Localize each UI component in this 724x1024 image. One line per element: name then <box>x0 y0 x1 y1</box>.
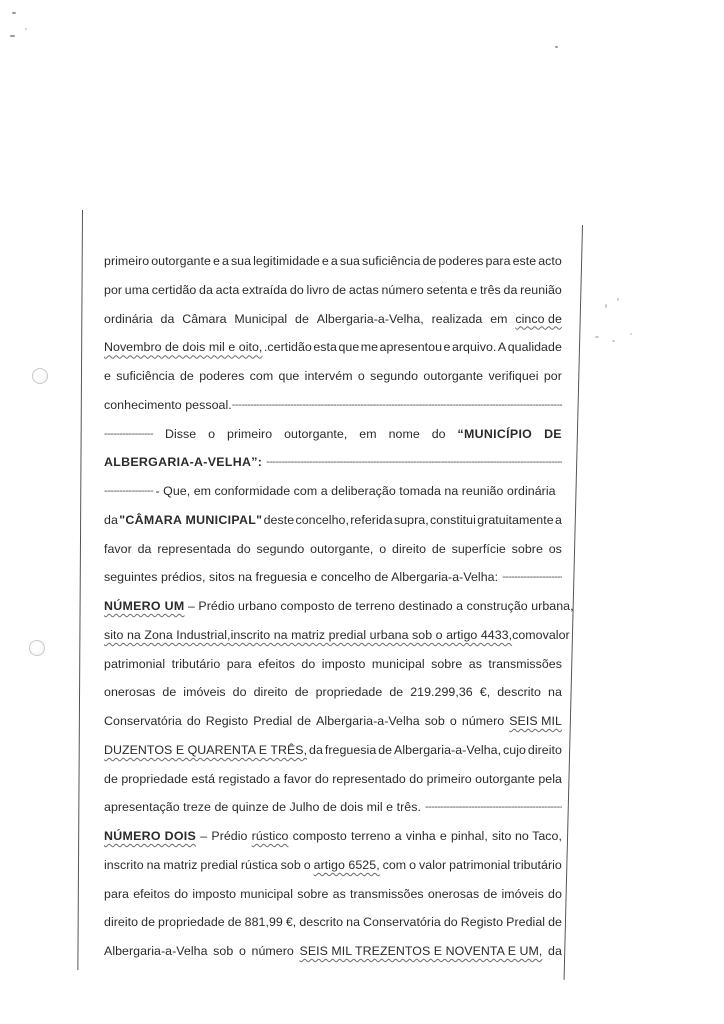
punch-hole <box>32 368 48 384</box>
text-fragment: sito na Zona Industrial, <box>104 621 231 650</box>
text-fragment: que <box>338 333 359 362</box>
text-fragment: livro <box>307 276 330 305</box>
text-fragment: segundo <box>256 535 304 564</box>
text-fragment: de <box>141 908 155 937</box>
text-fragment: ordinária <box>104 305 153 334</box>
text-fragment: onerosas <box>104 678 155 707</box>
text-fragment: Prédio <box>211 822 247 851</box>
text-fragment: do <box>237 535 251 564</box>
text-fragment: do <box>432 420 446 449</box>
text-fragment: valor <box>419 851 446 880</box>
text-fragment: sob <box>425 707 445 736</box>
text-fragment: do <box>233 678 247 707</box>
text-line: ----------------Disseoprimeirooutorgante… <box>104 420 562 449</box>
text-fragment: municipal <box>372 650 425 679</box>
text-fragment: uma <box>125 276 149 305</box>
text-line: esuficiênciadepoderescomqueintervémosegu… <box>104 362 562 391</box>
left-margin-line <box>77 210 83 970</box>
text-fragment: as <box>333 880 346 909</box>
text-fragment: legitimidade <box>253 247 320 276</box>
text-fragment: sua <box>340 247 360 276</box>
text-fragment: Predial <box>253 707 292 736</box>
text-fragment: A <box>498 333 506 362</box>
text-fragment: outorgante <box>423 362 483 391</box>
text-fragment: direito <box>392 535 426 564</box>
text-fragment: Disse <box>165 420 196 449</box>
text-fragment: intervém <box>305 362 353 391</box>
text-fragment: sua <box>231 247 251 276</box>
text-fragment: de <box>389 678 403 707</box>
text-fragment: o <box>450 707 457 736</box>
text-fragment: número <box>462 707 504 736</box>
text-fragment: outorgante, <box>310 535 373 564</box>
text-fragment: do <box>315 765 329 794</box>
text-fragment: direito <box>528 736 562 765</box>
text-fragment: três <box>480 276 501 305</box>
text-fragment: direito <box>104 908 138 937</box>
filler-dashes <box>502 563 562 592</box>
text-fragment: com <box>250 362 274 391</box>
text-line: porumacertidãodaactaextraídadolivrodeact… <box>104 276 562 305</box>
text-fragment: verifiquei <box>488 362 538 391</box>
text-fragment: este <box>513 247 537 276</box>
text-fragment: inscrito na matriz predial urbana sob o … <box>231 621 513 650</box>
text-fragment: rústico <box>252 822 289 851</box>
text-fragment: direito <box>254 678 288 707</box>
text-fragment: sobre <box>431 650 462 679</box>
text-fragment: propriedade <box>316 678 383 707</box>
text-fragment: por <box>544 362 562 391</box>
item-label-numero-dois: NÚMERO DOIS <box>104 822 196 851</box>
text-fragment: da <box>161 305 175 334</box>
filler-dashes <box>425 793 562 822</box>
text-fragment: efeitos <box>133 880 170 909</box>
text-fragment: Albergaria-a-Velha <box>316 707 420 736</box>
text-fragment: Albergaria-a-Velha <box>104 937 208 966</box>
text-fragment: Registo <box>206 707 248 736</box>
text-fragment: apresentação treze de quinze de Julho de… <box>104 793 421 822</box>
text-fragment: a <box>555 506 562 535</box>
text-fragment: €, <box>286 908 296 937</box>
text-fragment: - Que, em conformidade com a deliberação… <box>155 477 555 506</box>
text-fragment: imposto <box>192 880 236 909</box>
text-fragment: pela <box>538 765 562 794</box>
text-fragment: as <box>469 650 482 679</box>
text-fragment: 881,99 <box>245 908 283 937</box>
text-fragment: de <box>295 678 309 707</box>
text-fragment: supra, <box>394 506 429 535</box>
text-fragment: e <box>444 333 451 362</box>
text-fragment: 219.299,36 <box>410 678 473 707</box>
text-fragment: poderes <box>199 362 244 391</box>
text-fragment: artigo 6525, <box>314 851 380 880</box>
scan-speck <box>25 28 27 30</box>
text-fragment: primeiro <box>427 765 472 794</box>
scanned-page: primeirooutorganteeasualegitimidadeeasua… <box>0 0 724 1024</box>
text-fragment: a <box>222 247 229 276</box>
scan-speck <box>10 35 15 37</box>
text-fragment: outorgante <box>475 765 535 794</box>
text-fragment: de <box>332 276 346 305</box>
text-line: sito na Zona Industrial,inscrito na matr… <box>104 621 562 650</box>
text-fragment: da <box>309 736 323 765</box>
underlined-date: Novembro de dois mil e oito, <box>104 333 262 362</box>
text-fragment: outorgante <box>151 247 211 276</box>
text-fragment: e <box>440 822 447 851</box>
text-fragment: sob <box>213 937 233 966</box>
text-fragment: Albergaria-a-Velha, <box>394 736 501 765</box>
text-fragment: o <box>536 621 543 650</box>
text-fragment: Albergaria-a-Velha, <box>317 305 424 334</box>
text-fragment: inscrito <box>104 851 144 880</box>
text-fragment: a <box>395 822 402 851</box>
text-fragment: €, <box>480 678 490 707</box>
text-fragment: sobre <box>512 535 543 564</box>
text-fragment: acto <box>538 247 562 276</box>
text-line: NÚMERO DOIS–Prédiorústicocompostoterreno… <box>104 822 562 851</box>
text-line: seguintes prédios, sitos na freguesia e … <box>104 563 562 592</box>
punch-hole <box>29 640 45 656</box>
text-fragment: patrimonial <box>449 851 510 880</box>
filler-dashes: ---------------- <box>104 477 155 506</box>
text-line: paraefeitosdoimpostomunicipalsobreastran… <box>104 880 562 909</box>
text-fragment: SEIS MIL <box>509 707 562 736</box>
text-fragment: deste <box>264 506 295 535</box>
text-fragment: outorgante, <box>284 420 347 449</box>
text-fragment: qualidade <box>508 333 562 362</box>
text-fragment: por <box>104 276 122 305</box>
text-fragment: de <box>432 535 446 564</box>
text-fragment: descrito <box>497 678 541 707</box>
text-fragment: representado <box>332 765 406 794</box>
text-fragment: cujo <box>503 736 526 765</box>
text-fragment: sobre <box>297 880 328 909</box>
text-fragment: patrimonial <box>104 650 165 679</box>
text-fragment: Registo <box>461 908 503 937</box>
text-fragment: – <box>200 822 207 851</box>
text-fragment: registado <box>218 765 269 794</box>
text-fragment: com <box>383 851 407 880</box>
text-fragment: que <box>279 362 300 391</box>
text-fragment: da <box>199 276 213 305</box>
text-fragment: e <box>322 247 329 276</box>
text-fragment: Câmara <box>182 305 226 334</box>
text-fragment: de <box>228 908 242 937</box>
text-fragment: certidão <box>152 276 196 305</box>
text-line: patrimonialtributárioparaefeitosdoimpost… <box>104 650 562 679</box>
text-fragment: propriedade <box>158 908 225 937</box>
item-label-numero-um: NÚMERO UM <box>104 592 184 621</box>
text-fragment: imóveis <box>183 678 225 707</box>
text-fragment: suficiência <box>362 247 420 276</box>
text-fragment: para <box>486 247 511 276</box>
text-fragment: tributário <box>513 851 562 880</box>
text-fragment: Conservatória <box>104 707 182 736</box>
text-fragment: na <box>548 678 562 707</box>
text-fragment: ALBERGARIA-A-VELHA”: <box>104 448 262 477</box>
text-fragment: actas <box>349 276 379 305</box>
text-line: Albergaria-a-VelhasobonúmeroSEIS MIL TRE… <box>104 937 562 966</box>
text-fragment: primeiro <box>227 420 272 449</box>
text-fragment: com <box>512 621 536 650</box>
text-fragment: está <box>191 765 215 794</box>
text-fragment: do <box>290 276 304 305</box>
text-fragment: de <box>548 908 562 937</box>
text-fragment: pinhal, <box>451 822 488 851</box>
text-fragment: “MUNICÍPIO <box>458 420 533 449</box>
text-fragment: de <box>378 736 392 765</box>
scan-speck <box>617 298 619 301</box>
text-fragment: reunião <box>520 276 562 305</box>
text-fragment: de <box>295 305 309 334</box>
text-fragment: apresentou <box>380 333 443 362</box>
text-fragment: referida <box>350 506 392 535</box>
text-fragment: da <box>104 506 118 535</box>
text-fragment: municipal <box>240 880 293 909</box>
text-fragment: Conservatória <box>363 908 441 937</box>
text-fragment: seguintes prédios, sitos na freguesia e … <box>104 563 498 592</box>
text-fragment: constitui <box>430 506 476 535</box>
text-fragment: do <box>444 908 458 937</box>
scan-speck <box>605 304 607 308</box>
text-line: direitodepropriedadede881,99€,descritona… <box>104 908 562 937</box>
text-line: apresentação treze de quinze de Julho de… <box>104 793 562 822</box>
text-fragment: onerosas <box>428 880 479 909</box>
text-fragment: em <box>359 420 376 449</box>
text-fragment: gratuitamente <box>477 506 553 535</box>
text-fragment: esta <box>313 333 337 362</box>
text-fragment: do <box>187 707 201 736</box>
text-fragment: sito no Taco, <box>492 822 562 851</box>
text-line: ordináriadaCâmaraMunicipaldeAlbergaria-a… <box>104 305 562 334</box>
text-fragment: valor <box>543 621 570 650</box>
text-fragment: do <box>409 765 423 794</box>
text-fragment: composto <box>293 822 347 851</box>
text-fragment: a <box>331 247 338 276</box>
scan-speck <box>12 12 16 14</box>
scan-speck <box>630 333 632 335</box>
text-fragment: número <box>252 937 294 966</box>
text-fragment: na <box>346 908 360 937</box>
text-line: favordarepresentadadosegundooutorgante,o… <box>104 535 562 564</box>
text-fragment: e <box>213 247 220 276</box>
text-fragment: setenta <box>427 276 468 305</box>
text-fragment: do <box>548 880 562 909</box>
text-fragment: transmissões <box>350 880 424 909</box>
document-body: primeirooutorganteeasualegitimidadeeasua… <box>104 247 562 966</box>
text-fragment: SEIS MIL TREZENTOS E NOVENTA E UM, <box>300 937 543 966</box>
text-fragment: .certidão <box>264 333 312 362</box>
text-fragment: matriz <box>163 851 197 880</box>
scan-speck <box>555 46 558 48</box>
filler-dashes <box>266 448 562 477</box>
text-fragment: da <box>548 937 562 966</box>
text-fragment: e <box>104 362 111 391</box>
text-fragment: vinha <box>406 822 436 851</box>
text-fragment: de <box>422 247 436 276</box>
text-fragment: de <box>483 880 497 909</box>
text-fragment: "CÂMARA MUNICIPAL" <box>119 506 262 535</box>
text-fragment: o <box>409 851 416 880</box>
text-fragment: DE <box>544 420 562 449</box>
scan-speck <box>612 340 615 342</box>
text-fragment: em <box>490 305 507 334</box>
text-fragment: o <box>239 937 246 966</box>
text-fragment: o <box>304 851 311 880</box>
text-fragment: primeiro <box>104 247 149 276</box>
text-fragment: de <box>104 765 118 794</box>
text-line: DUZENTOS E QUARENTA E TRÊS,dafreguesiade… <box>104 736 562 765</box>
underlined-date: cinco de <box>515 305 562 334</box>
text-fragment: o <box>358 362 365 391</box>
text-fragment: efeitos <box>258 650 295 679</box>
text-fragment: do <box>301 650 315 679</box>
text-fragment: a <box>273 765 280 794</box>
text-fragment: nome <box>389 420 420 449</box>
text-fragment: arquivo. <box>452 333 496 362</box>
text-line: primeirooutorganteeasualegitimidadeeasua… <box>104 247 562 276</box>
text-fragment: sob <box>281 851 301 880</box>
text-fragment: favor <box>104 535 132 564</box>
text-line: ALBERGARIA-A-VELHA”: <box>104 448 562 477</box>
text-fragment: de <box>162 678 176 707</box>
text-fragment: favor <box>284 765 312 794</box>
text-fragment: para <box>104 880 129 909</box>
text-line: depropriedadeestáregistadoafavordorepres… <box>104 765 562 794</box>
text-fragment: segundo <box>370 362 418 391</box>
text-line: ConservatóriadoRegistoPredialdeAlbergari… <box>104 707 562 736</box>
text-fragment: Municipal <box>234 305 287 334</box>
text-fragment: freguesia <box>325 736 376 765</box>
text-line: onerosasdeimóveisdodireitodepropriedaded… <box>104 678 562 707</box>
text-fragment: representada <box>157 535 231 564</box>
text-line: Novembro de dois mil e oito,.certidãoest… <box>104 333 562 362</box>
text-fragment: concelho, <box>295 506 349 535</box>
text-fragment: número <box>381 276 423 305</box>
filler-dashes <box>232 391 562 420</box>
text-fragment: do <box>174 880 188 909</box>
text-fragment: imposto <box>322 650 366 679</box>
scan-speck <box>595 336 599 338</box>
text-fragment: da <box>504 276 518 305</box>
text-fragment: realizada <box>432 305 483 334</box>
text-fragment: predial <box>200 851 238 880</box>
text-fragment: e <box>470 276 477 305</box>
text-fragment: – Prédio urbano composto de terreno dest… <box>184 592 573 621</box>
text-fragment: propriedade <box>121 765 188 794</box>
text-fragment: poderes <box>438 247 483 276</box>
text-line: ---------------- - Que, em conformidade … <box>104 477 562 506</box>
text-fragment: descrito <box>299 908 343 937</box>
text-fragment: me <box>361 333 378 362</box>
text-fragment: o <box>208 420 215 449</box>
text-line: conhecimento pessoal. <box>104 391 562 420</box>
text-fragment: superfície <box>452 535 506 564</box>
text-fragment: rústica <box>241 851 278 880</box>
text-fragment: os <box>549 535 562 564</box>
text-line: da"CÂMARA MUNICIPAL"desteconcelho,referi… <box>104 506 562 535</box>
text-fragment: imóveis <box>501 880 543 909</box>
text-fragment: Predial <box>506 908 545 937</box>
text-fragment: transmissões <box>488 650 562 679</box>
text-fragment: terreno <box>351 822 391 851</box>
text-fragment: suficiência <box>116 362 174 391</box>
text-fragment: de <box>297 707 311 736</box>
text-line: NÚMERO UM – Prédio urbano composto de te… <box>104 592 562 621</box>
text-line: inscritonamatrizpredialrústicasoboartigo… <box>104 851 562 880</box>
text-fragment: tributário <box>172 650 221 679</box>
text-fragment: extraída <box>242 276 287 305</box>
text-fragment: acta <box>216 276 240 305</box>
text-fragment: DUZENTOS E QUARENTA E TRÊS, <box>104 736 307 765</box>
text-fragment: o <box>379 535 386 564</box>
text-fragment: na <box>147 851 161 880</box>
text-fragment: conhecimento pessoal. <box>104 391 232 420</box>
filler-dashes: ---------------- <box>104 420 153 449</box>
text-fragment: da <box>138 535 152 564</box>
text-fragment: para <box>227 650 252 679</box>
text-fragment: de <box>180 362 194 391</box>
